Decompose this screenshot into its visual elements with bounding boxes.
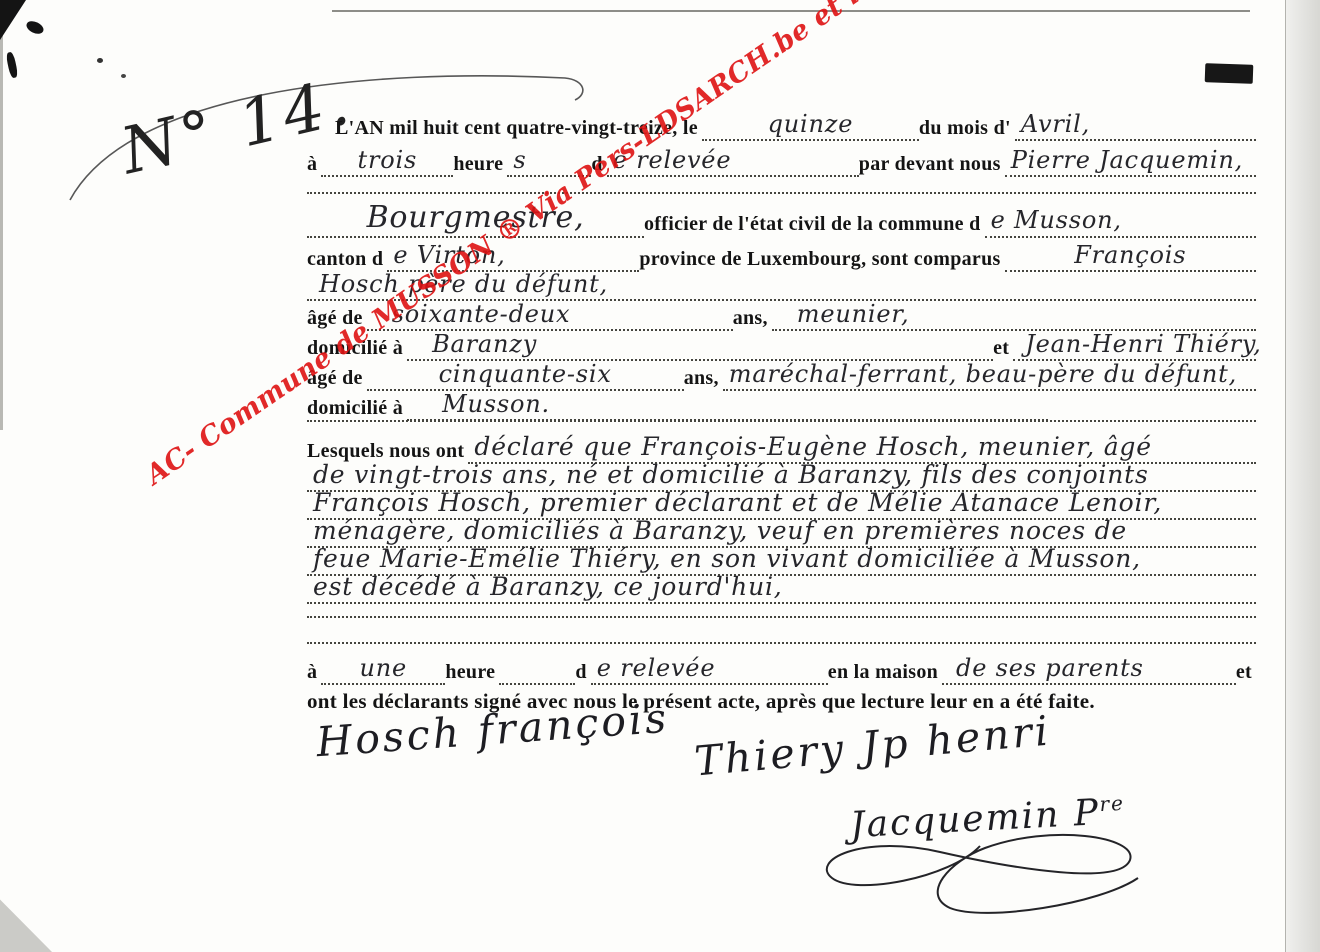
fill-officer-title: Bourgmestre, xyxy=(307,202,644,238)
printed-text: L'AN mil huit cent quatre-vingt-treize, … xyxy=(335,117,702,141)
printed-text: heure xyxy=(445,661,499,685)
form-line-year: L'AN mil huit cent quatre-vingt-treize, … xyxy=(307,112,1256,141)
handwritten-text: e relevée xyxy=(613,146,732,174)
fill-relevee2: e relevée xyxy=(591,656,828,685)
handwritten-text: feue Marie-Emélie Thiéry, en son vivant … xyxy=(313,544,1141,573)
fill-declarant1-name: Hosch père du défunt, xyxy=(307,272,1256,301)
handwritten-text: e Virton, xyxy=(393,241,505,269)
scan-artifact-wedge xyxy=(0,888,52,952)
handwritten-text: Baranzy xyxy=(432,330,537,358)
scan-artifact-dot xyxy=(97,58,103,63)
handwritten-text: re xyxy=(1099,791,1126,816)
fill-declarant2-name: Jean-Henri Thiéry, xyxy=(1013,332,1256,361)
fill-empty xyxy=(307,614,1256,618)
fill-day: quinze xyxy=(702,112,919,141)
handwritten-text: est décédé à Baranzy, ce jourd'hui, xyxy=(313,572,783,601)
handwritten-text: de ses parents xyxy=(956,654,1144,682)
printed-text: du mois d' xyxy=(919,117,1015,141)
scan-edge-left-line xyxy=(0,0,3,430)
scan-artifact-corner xyxy=(0,0,26,40)
fill-age2: cinquante-six xyxy=(367,362,684,391)
fill-month: Avril, xyxy=(1015,112,1256,141)
printed-text: province de Luxembourg, sont comparus xyxy=(639,248,1004,272)
fill-death-hour: une xyxy=(321,656,445,685)
fill-empty xyxy=(307,640,1256,644)
fill-declaration: est décédé à Baranzy, ce jourd'hui, xyxy=(307,574,1256,604)
handwritten-text: soixante-deux xyxy=(392,300,571,328)
printed-text: âgé de xyxy=(307,367,367,391)
handwritten-text: meunier, xyxy=(797,300,910,328)
signature-thiery: Thiery Jp henri xyxy=(693,707,1053,786)
printed-text: à xyxy=(307,153,321,177)
fill-empty xyxy=(307,418,1256,422)
form-line-declarant1: Hosch père du défunt, xyxy=(307,272,1256,301)
printed-text: par devant nous xyxy=(859,153,1005,177)
fill-profession1: meunier, xyxy=(772,302,1256,331)
form-line-age2: âgé de cinquante-six ans, maréchal-ferra… xyxy=(307,362,1256,391)
blank-line xyxy=(307,628,1256,644)
printed-text: âgé de xyxy=(307,307,367,331)
form-line-hour: à trois heure s d e relevée par devant n… xyxy=(307,148,1256,177)
printed-text: à xyxy=(307,661,321,685)
printed-text: et xyxy=(993,337,1013,361)
paragraph-line: est décédé à Baranzy, ce jourd'hui, xyxy=(307,574,1256,604)
printed-text: d xyxy=(575,661,590,685)
handwritten-text: de vingt-trois ans, né et domicilié à Ba… xyxy=(313,460,1149,489)
signature-flourish xyxy=(800,816,1150,926)
form-line-canton: canton d e Virton, province de Luxembour… xyxy=(307,243,1256,272)
scan-artifact-blob xyxy=(5,51,18,78)
handwritten-text: Bourgmestre, xyxy=(367,200,585,235)
form-line-domicile1: domicilié à Baranzy et Jean-Henri Thiéry… xyxy=(307,332,1256,361)
form-line-age1: âgé de soixante-deux ans, meunier, xyxy=(307,302,1256,331)
handwritten-text: une xyxy=(360,654,408,682)
form-line-closing-hour: à une heure d e relevée en la maison de … xyxy=(307,656,1256,685)
printed-text: heure xyxy=(453,153,507,177)
printed-text: et xyxy=(1236,661,1256,685)
scan-artifact-bar xyxy=(1205,63,1254,84)
fill-relevee: e relevée xyxy=(607,148,859,177)
fill-age1: soixante-deux xyxy=(367,302,733,331)
printed-text: officier de l'état civil de la commune d xyxy=(644,213,985,237)
fill-empty xyxy=(499,681,575,685)
blank-line xyxy=(307,178,1256,194)
fill-profession2: maréchal-ferrant, beau-père du défunt, xyxy=(723,362,1256,391)
fill-canton: e Virton, xyxy=(387,243,639,272)
handwritten-text: quinze xyxy=(768,110,854,138)
handwritten-text: maréchal-ferrant, beau-père du défunt, xyxy=(729,360,1237,388)
handwritten-text: Hosch père du défunt, xyxy=(319,270,608,298)
handwritten-text: François Hosch, premier déclarant et de … xyxy=(313,488,1162,517)
handwritten-text: déclaré que François-Eugène Hosch, meuni… xyxy=(474,432,1151,461)
scan-artifact-dot xyxy=(121,74,126,78)
handwritten-text: François xyxy=(1074,241,1186,269)
scan-edge-top-line xyxy=(332,10,1250,12)
printed-text: en la maison xyxy=(828,661,942,685)
printed-text: domicilié à xyxy=(307,337,407,361)
fill-plural: s xyxy=(507,148,591,177)
fill-declarant1-first: François xyxy=(1005,243,1256,272)
printed-text: canton d xyxy=(307,248,387,272)
handwritten-text: Jean-Henri Thiéry, xyxy=(1025,330,1261,358)
scan-artifact-blob xyxy=(25,19,46,37)
blank-line xyxy=(307,602,1256,618)
handwritten-text: ménagère, domiciliés à Baranzy, veuf en … xyxy=(313,516,1127,545)
handwritten-text: Pierre Jacquemin, xyxy=(1011,146,1243,174)
handwritten-text: cinquante-six xyxy=(439,360,612,388)
fill-commune: e Musson, xyxy=(985,208,1256,237)
handwritten-text: trois xyxy=(358,146,418,174)
handwritten-text: e Musson, xyxy=(991,206,1122,234)
handwritten-text: s xyxy=(513,146,526,174)
fill-empty xyxy=(307,190,1256,194)
blank-line xyxy=(307,406,1256,422)
scan-page-edge-right xyxy=(1285,0,1320,952)
handwritten-text: Avril, xyxy=(1021,110,1090,138)
fill-officer-name: Pierre Jacquemin, xyxy=(1005,148,1256,177)
fill-death-place: de ses parents xyxy=(942,656,1236,685)
printed-text: ans, xyxy=(733,307,772,331)
form-line-title: Bourgmestre, officier de l'état civil de… xyxy=(307,202,1256,238)
fill-domicile1: Baranzy xyxy=(407,332,993,361)
handwritten-text: e relevée xyxy=(597,654,716,682)
printed-text: d xyxy=(591,153,606,177)
fill-hour: trois xyxy=(321,148,453,177)
scanned-death-record: N° 14. AC- Commune de MUSSON ® Via Pers-… xyxy=(0,0,1320,952)
printed-text: ans, xyxy=(684,367,723,391)
